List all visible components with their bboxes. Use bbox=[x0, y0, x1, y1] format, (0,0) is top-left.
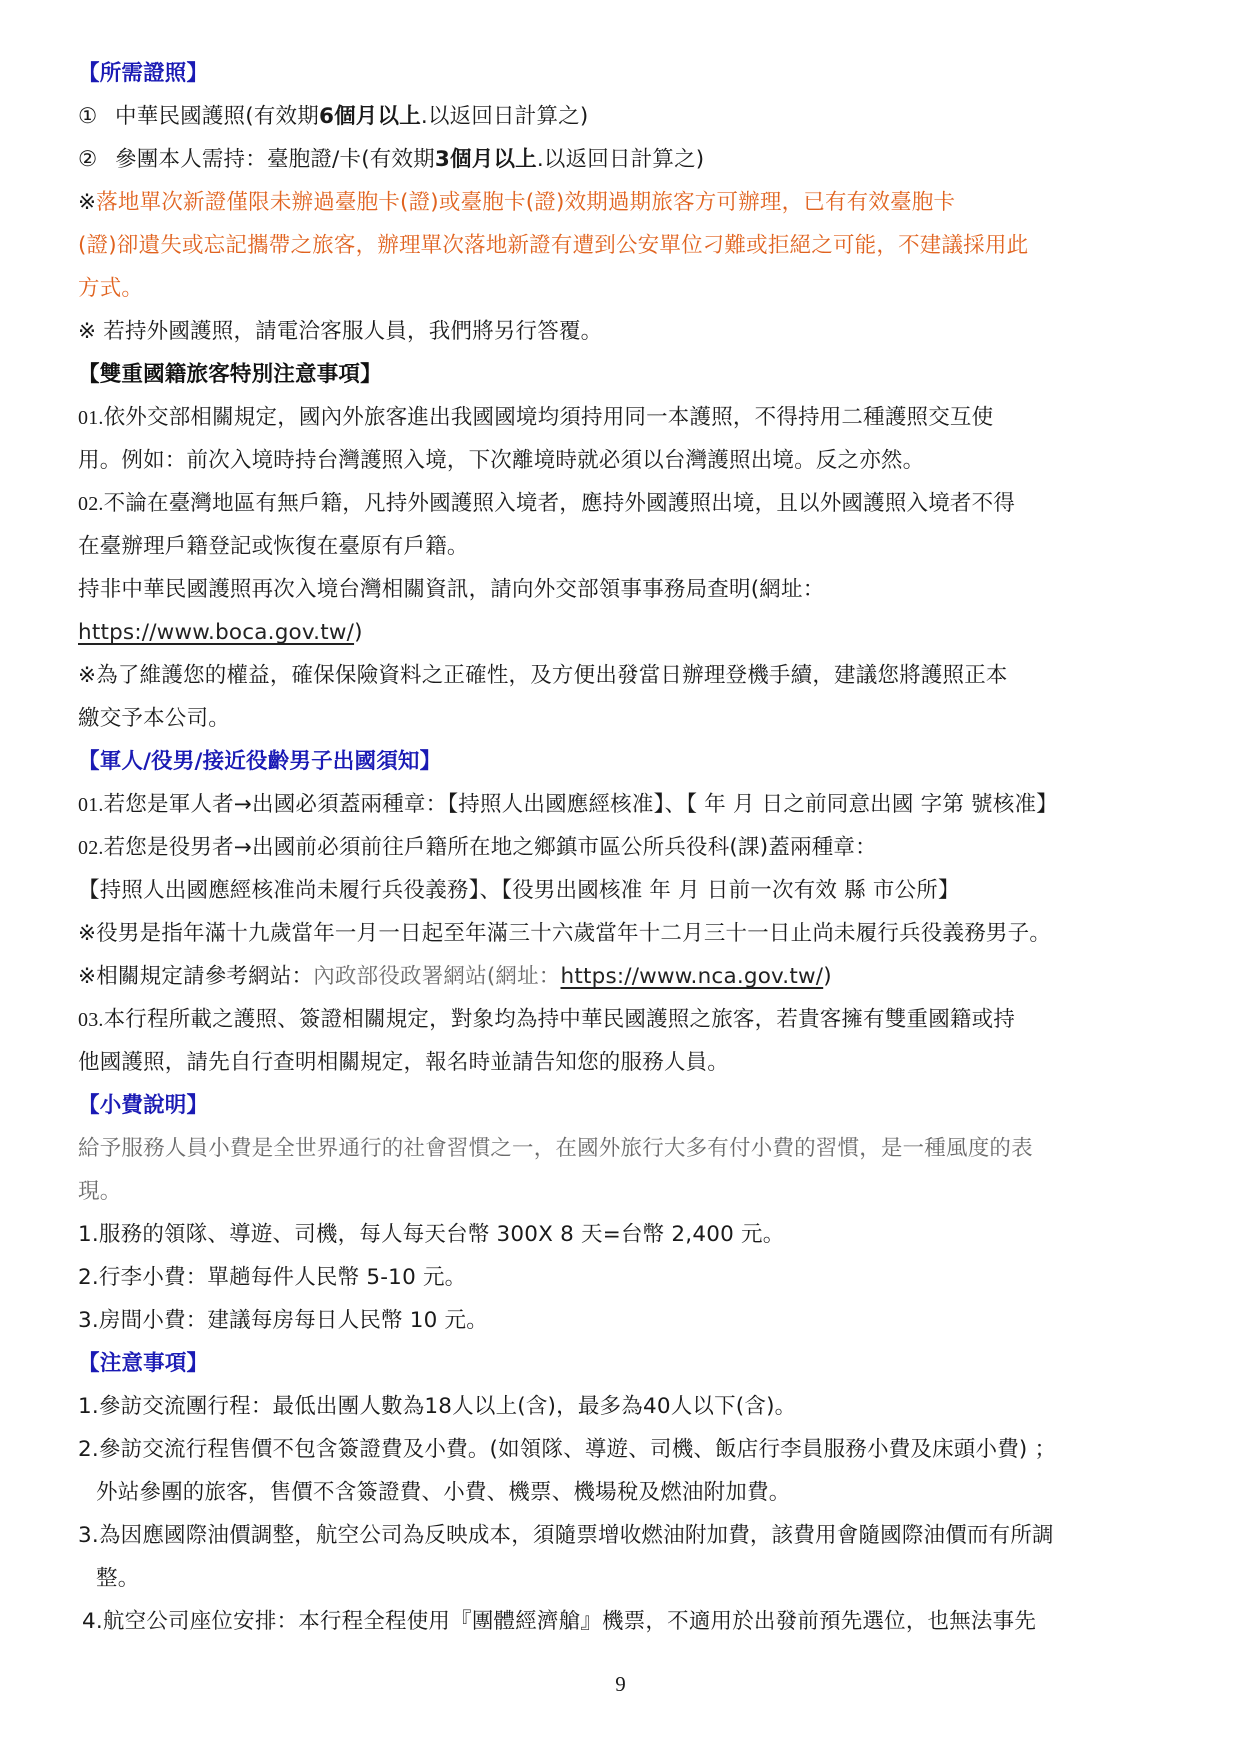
dual-p3-line1: 持非中華民國護照再次入境台灣相關資訊，請向外交部領事事務局查明(網址： bbox=[78, 568, 1208, 611]
military-p2-stamps: 【持照人出國應經核准尚未履行兵役義務】、【役男出國核准 年 月 日前一次有效 縣… bbox=[78, 869, 1208, 912]
section-title-documents: 【所需證照】 bbox=[78, 52, 1208, 95]
tips-item-3: 3.房間小費：建議每房每日人民幣 10 元。 bbox=[78, 1299, 1208, 1342]
reference-mark: ※ bbox=[78, 190, 96, 215]
warning-line-1: ※落地單次新證僅限未辦過臺胞卡(證)或臺胞卡(證)效期過期旅客方可辦理，已有有效… bbox=[78, 181, 1208, 224]
military-note2: ※相關規定請參考網站：內政部役政署網站(網址：https://www.nca.g… bbox=[78, 955, 1208, 998]
section-title-military: 【軍人/役男/接近役齡男子出國須知】 bbox=[78, 740, 1208, 783]
tips-intro-line2: 現。 bbox=[78, 1170, 1208, 1213]
boca-link[interactable]: https://www.boca.gov.tw/ bbox=[78, 620, 354, 645]
dual-p1-line2: 用。例如：前次入境時持台灣護照入境，下次離境時就必須以台灣護照出境。反之亦然。 bbox=[78, 439, 1208, 482]
military-note1: ※役男是指年滿十九歲當年一月一日起至年滿三十六歲當年十二月三十一日止尚未履行兵役… bbox=[78, 912, 1208, 955]
dual-p2-line2: 在臺辦理戶籍登記或恢復在臺原有戶籍。 bbox=[78, 525, 1208, 568]
dual-p4-line2: 繳交予本公司。 bbox=[78, 697, 1208, 740]
dual-p1-line1: 01.依外交部相關規定，國內外旅客進出我國國境均須持用同一本護照，不得持用二種護… bbox=[78, 396, 1208, 439]
tips-item-2: 2.行李小費：單趟每件人民幣 5-10 元。 bbox=[78, 1256, 1208, 1299]
warning-line-3: 方式。 bbox=[78, 267, 1208, 310]
notes-item-2-line1: 2.參訪交流行程售價不包含簽證費及小費。(如領隊、導遊、司機、飯店行李員服務小費… bbox=[78, 1428, 1208, 1471]
foreign-passport-note: ※ 若持外國護照，請電洽客服人員，我們將另行答覆。 bbox=[78, 310, 1208, 353]
document-page: 【所需證照】 ① 中華民國護照(有效期6個月以上.以返回日計算之) ② 參團本人… bbox=[78, 52, 1208, 1643]
doc-item-1: ① 中華民國護照(有效期6個月以上.以返回日計算之) bbox=[78, 95, 1208, 138]
warning-line-2: (證)卻遺失或忘記攜帶之旅客，辦理單次落地新證有遭到公安單位刁難或拒絕之可能，不… bbox=[78, 224, 1208, 267]
page-number: 9 bbox=[0, 1672, 1241, 1697]
military-p1: 01.若您是軍人者→出國必須蓋兩種章：【持照人出國應經核准】、【 年 月 日之前… bbox=[78, 783, 1208, 826]
tips-item-1: 1.服務的領隊、導遊、司機，每人每天台幣 300X 8 天=台幣 2,400 元… bbox=[78, 1213, 1208, 1256]
circled-number-1: ① bbox=[78, 95, 108, 138]
section-title-dual-nationality: 【雙重國籍旅客特別注意事項】 bbox=[78, 353, 1208, 396]
circled-number-2: ② bbox=[78, 138, 108, 181]
section-title-notes: 【注意事項】 bbox=[78, 1342, 1208, 1385]
notes-item-4: 4.航空公司座位安排：本行程全程使用『團體經濟艙』機票，不適用於出發前預先選位，… bbox=[78, 1600, 1208, 1643]
section-title-tips: 【小費說明】 bbox=[78, 1084, 1208, 1127]
notes-item-3-line2: 整。 bbox=[78, 1557, 1208, 1600]
doc-item-2: ② 參團本人需持：臺胞證/卡(有效期3個月以上.以返回日計算之) bbox=[78, 138, 1208, 181]
dual-p2-line1: 02.不論在臺灣地區有無戶籍，凡持外國護照入境者，應持外國護照出境，且以外國護照… bbox=[78, 482, 1208, 525]
notes-item-3-line1: 3.為因應國際油價調整，航空公司為反映成本，須隨票增收燃油附加費，該費用會隨國際… bbox=[78, 1514, 1208, 1557]
military-p2: 02.若您是役男者→出國前必須前往戶籍所在地之鄉鎮市區公所兵役科(課)蓋兩種章： bbox=[78, 826, 1208, 869]
dual-p3-line2: https://www.boca.gov.tw/) bbox=[78, 611, 1208, 654]
dual-p4-line1: ※為了維護您的權益，確保保險資料之正確性，及方便出發當日辦理登機手續，建議您將護… bbox=[78, 654, 1208, 697]
tips-intro-line1: 給予服務人員小費是全世界通行的社會習慣之一，在國外旅行大多有付小費的習慣，是一種… bbox=[78, 1127, 1208, 1170]
military-p3-line2: 他國護照，請先自行查明相關規定，報名時並請告知您的服務人員。 bbox=[78, 1041, 1208, 1084]
nca-link[interactable]: https://www.nca.gov.tw/ bbox=[561, 964, 824, 989]
military-p3-line1: 03.本行程所載之護照、簽證相關規定，對象均為持中華民國護照之旅客，若貴客擁有雙… bbox=[78, 998, 1208, 1041]
notes-item-2-line2: 外站參團的旅客，售價不含簽證費、小費、機票、機場稅及燃油附加費。 bbox=[78, 1471, 1208, 1514]
notes-item-1: 1.參訪交流團行程：最低出團人數為18人以上(含)，最多為40人以下(含)。 bbox=[78, 1385, 1208, 1428]
